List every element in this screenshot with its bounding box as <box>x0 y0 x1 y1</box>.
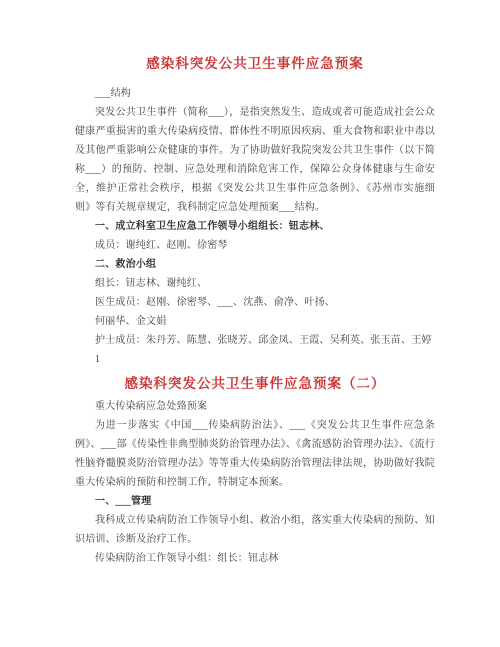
section2-intro-paragraph: 为进一步落实《中国___传染病防治法》、___《突发公共卫生事件应急条例》、__… <box>75 416 435 492</box>
section1-leader-line: 组长：钮志林、谢纯红、 <box>75 274 435 293</box>
document-content: 感染科突发公共卫生事件应急预案 ___结构 突发公共卫生事件（简称___），是指… <box>0 0 435 568</box>
section2-title: 感染科突发公共卫生事件应急预案（二） <box>75 372 435 396</box>
section1-nurse-members-line: 护士成员：朱丹芳、陈慧、张晓芳、邱金凤、王霞、吴利英、张玉苗、王婷 <box>75 331 435 350</box>
section2-leadership-line: 传染病防治工作领导小组：组长：钮志林 <box>75 549 435 568</box>
section1-members-line: 成员：谢纯红、赵刚、徐密琴 <box>75 236 435 255</box>
section2-management-paragraph: 我科成立传染病防治工作领导小组、救治小组，落实重大传染病的预防、知识培训、诊断及… <box>75 511 435 549</box>
section1-heading-leading-group: 一、成立科室卫生应急工作领导小组组长：钮志林、 <box>75 217 435 236</box>
document-page: 感染科突发公共卫生事件应急预案 ___结构 突发公共卫生事件（简称___），是指… <box>0 0 500 647</box>
section1-title: 感染科突发公共卫生事件应急预案 <box>75 52 435 76</box>
section1-doctor-members-line1: 医生成员：赵刚、徐密琴、___、沈燕、俞净、叶扬、 <box>75 293 435 312</box>
section1-doctor-members-line2: 何丽华、金文娟 <box>75 312 435 331</box>
section2-subtitle: 重大传染病应急处臵预案 <box>75 397 435 416</box>
page-number: 1 <box>75 350 435 369</box>
section2-heading-management: 一、___管理 <box>75 492 435 511</box>
section1-heading-rescue-group: 二、救治小组 <box>75 255 435 274</box>
section1-structure-label: ___结构 <box>75 84 435 103</box>
section1-intro-paragraph: 突发公共卫生事件（简称___），是指突然发生、造成或者可能造成社会公众健康严重损… <box>75 103 435 217</box>
